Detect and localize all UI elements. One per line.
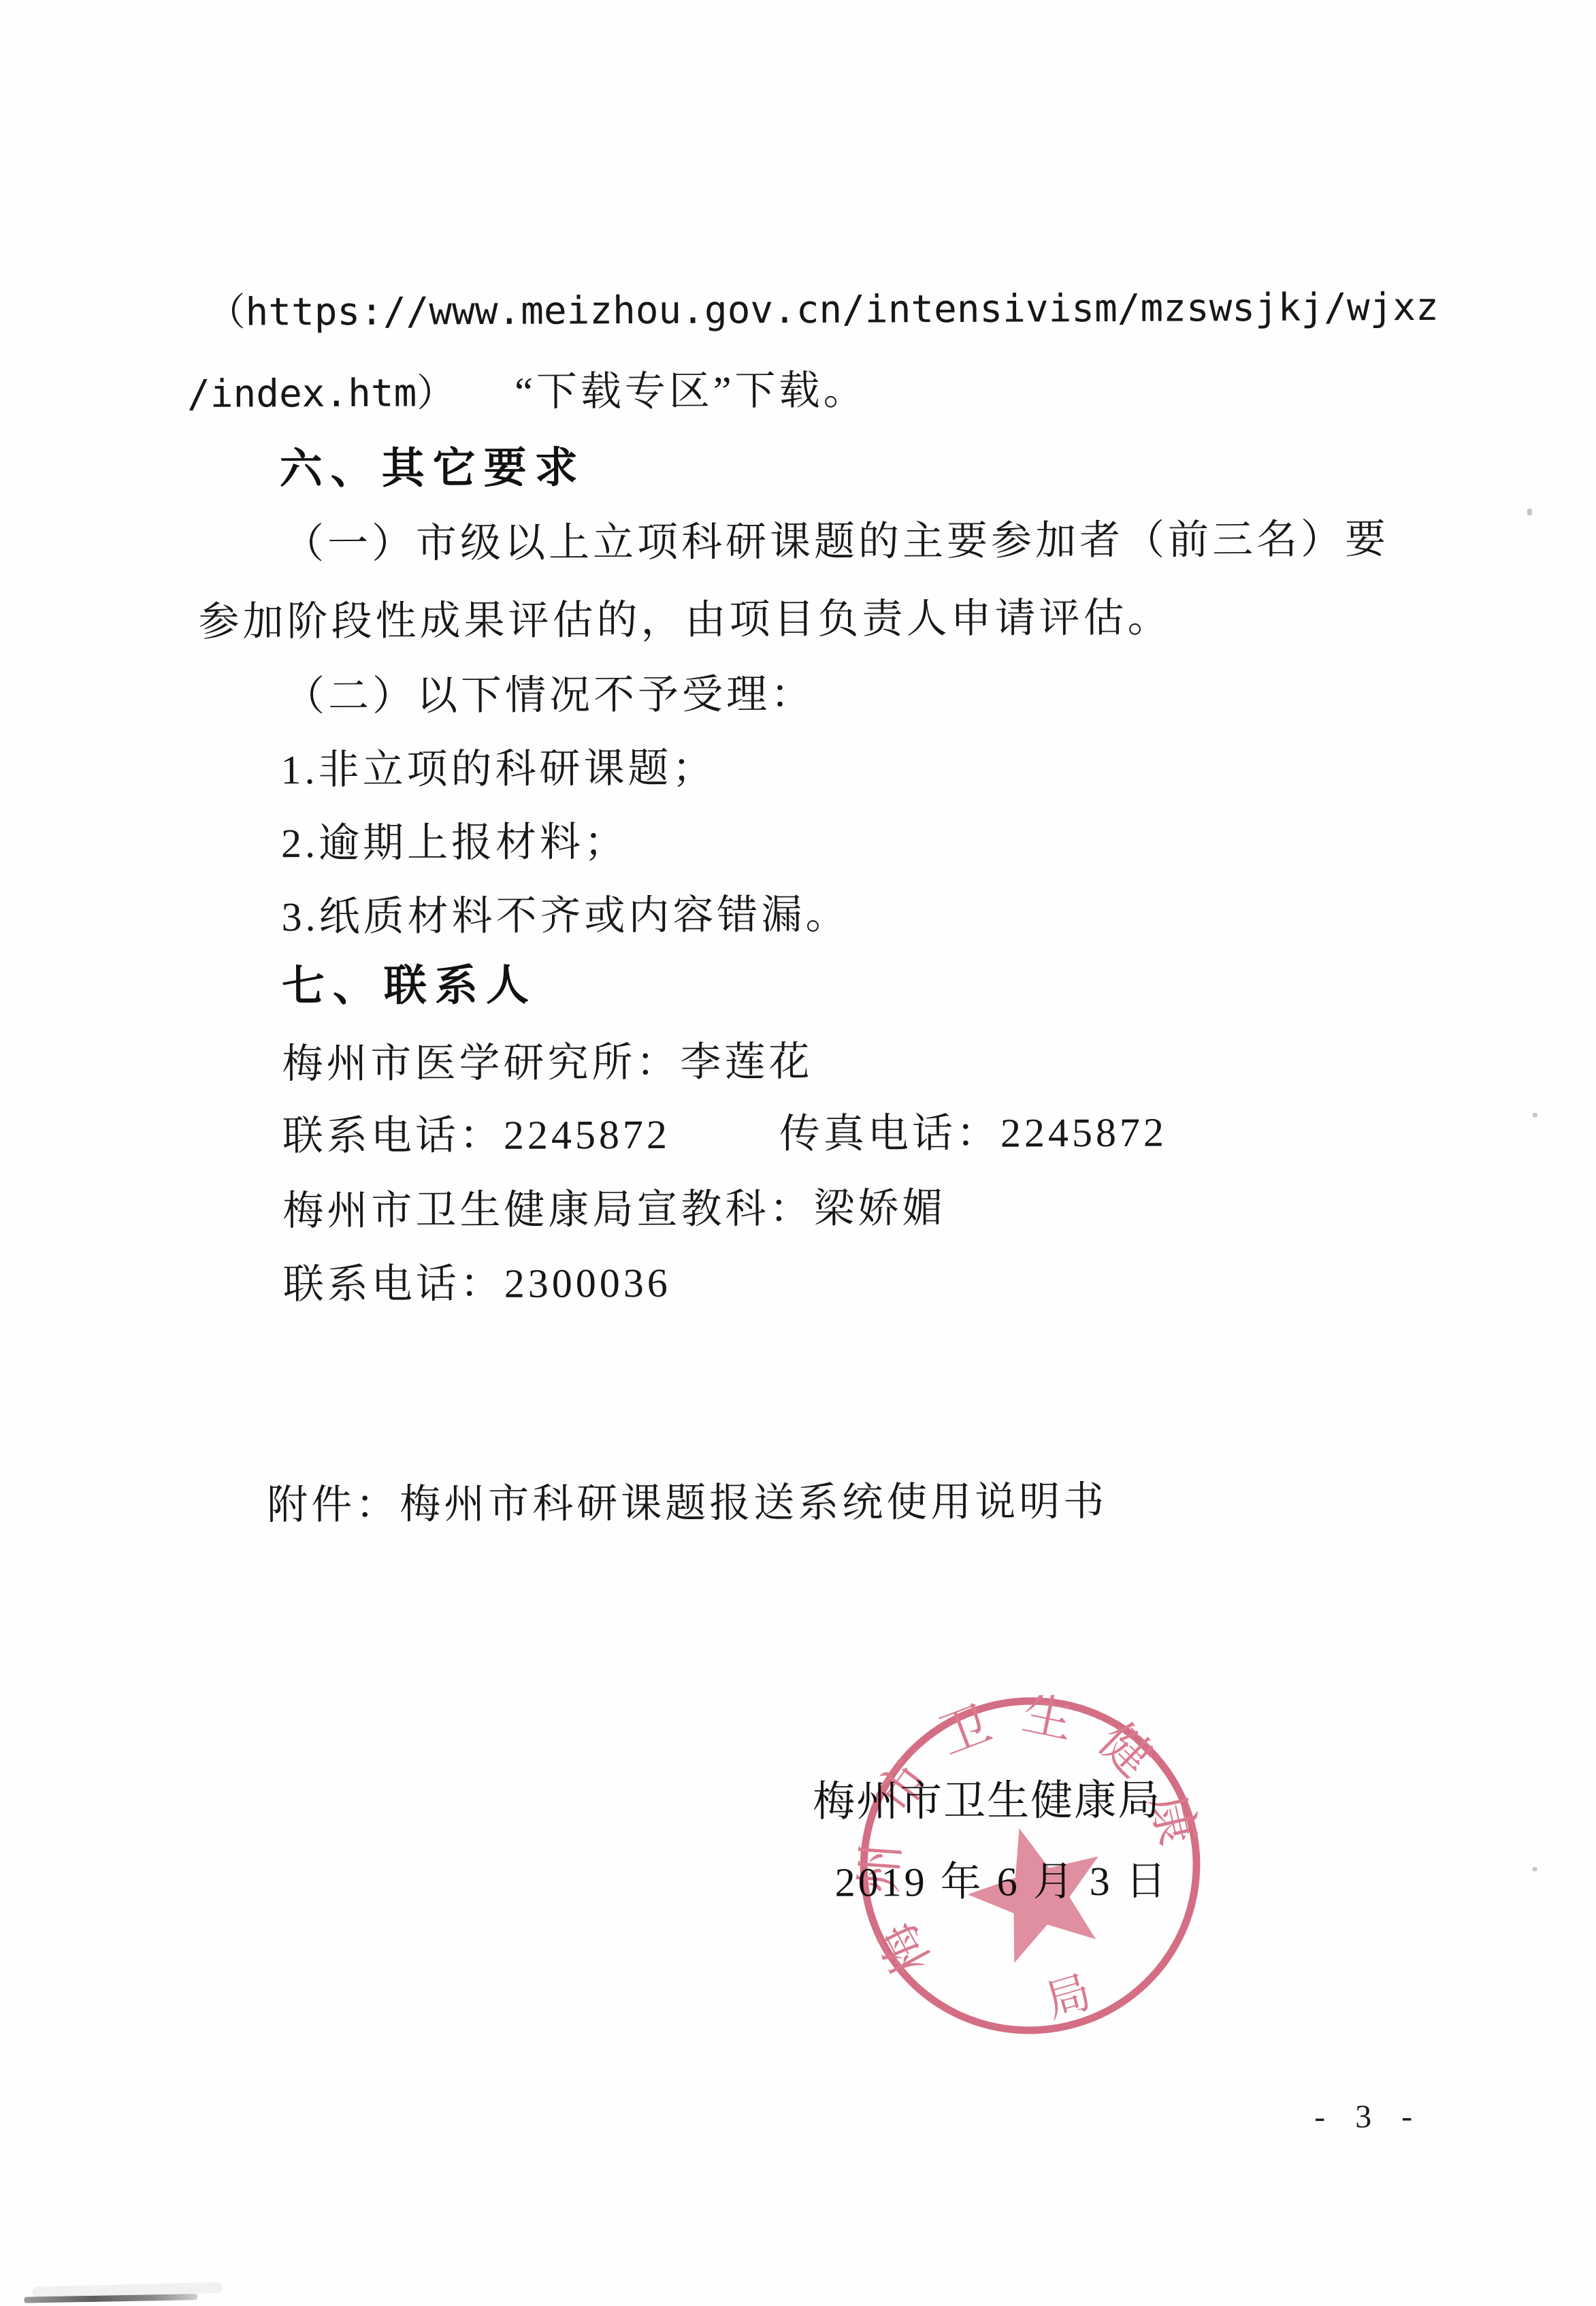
section6-heading: 六、其它要求 [279, 443, 585, 493]
document-page: （https://www.meizhou.gov.cn/intensivism/… [0, 0, 1596, 2306]
url-line-1: （https://www.meizhou.gov.cn/intensivism/… [207, 283, 1438, 338]
list-item-2: 2.逾期上报材料； [281, 817, 628, 868]
contact2-org: 梅州市卫生健康局宣教科：梁娇媚 [282, 1184, 946, 1235]
signature-org: 梅州市卫生健康局 [813, 1776, 1161, 1827]
url-line-2-path: /index.htm） [187, 371, 455, 417]
scan-artifact-speck [1533, 1113, 1537, 1117]
page-number: - 3 - [1314, 2092, 1423, 2142]
contact1-fax: 传真电话：2245872 [779, 1108, 1167, 1158]
section7-heading: 七、联系人 [282, 961, 537, 1011]
list-item-3: 3.纸质材料不齐或内容错漏。 [281, 890, 849, 942]
signature-date: 2019 年 6 月 3 日 [835, 1857, 1169, 1907]
seal-arc-text: 梅州市卫生健康 [854, 1694, 1206, 1988]
section6-item1-line1: （一）市级以上立项科研课题的主要参加者（前三名）要 [283, 515, 1389, 568]
download-note: “下载专区”下载。 [515, 368, 868, 415]
contact1-phone: 联系电话：2245872 [282, 1112, 670, 1158]
scan-artifact-speck [1527, 508, 1532, 515]
list-item-1: 1.非立项的科研课题； [280, 744, 716, 795]
scan-artifact-speck [1533, 1867, 1537, 1871]
section6-item1-line2: 参加阶段性成果评估的，由项目负责人申请评估。 [198, 594, 1171, 647]
section6-item2: （二）以下情况不予受理： [284, 670, 815, 721]
attachment-note: 附件：梅州市科研课题报送系统使用说明书 [267, 1477, 1107, 1529]
url-line-2: /index.htm）“下载专区”下载。 [187, 366, 868, 419]
contact1-org: 梅州市医学研究所：李莲花 [282, 1037, 813, 1088]
scanned-content: （https://www.meizhou.gov.cn/intensivism/… [0, 0, 1596, 2306]
contact2-phone: 联系电话：2300036 [283, 1258, 671, 1309]
svg-text:梅州市卫生健康: 梅州市卫生健康 [854, 1694, 1206, 1988]
contact1-phone-line: 联系电话：2245872传真电话：2245872 [282, 1107, 1235, 1160]
